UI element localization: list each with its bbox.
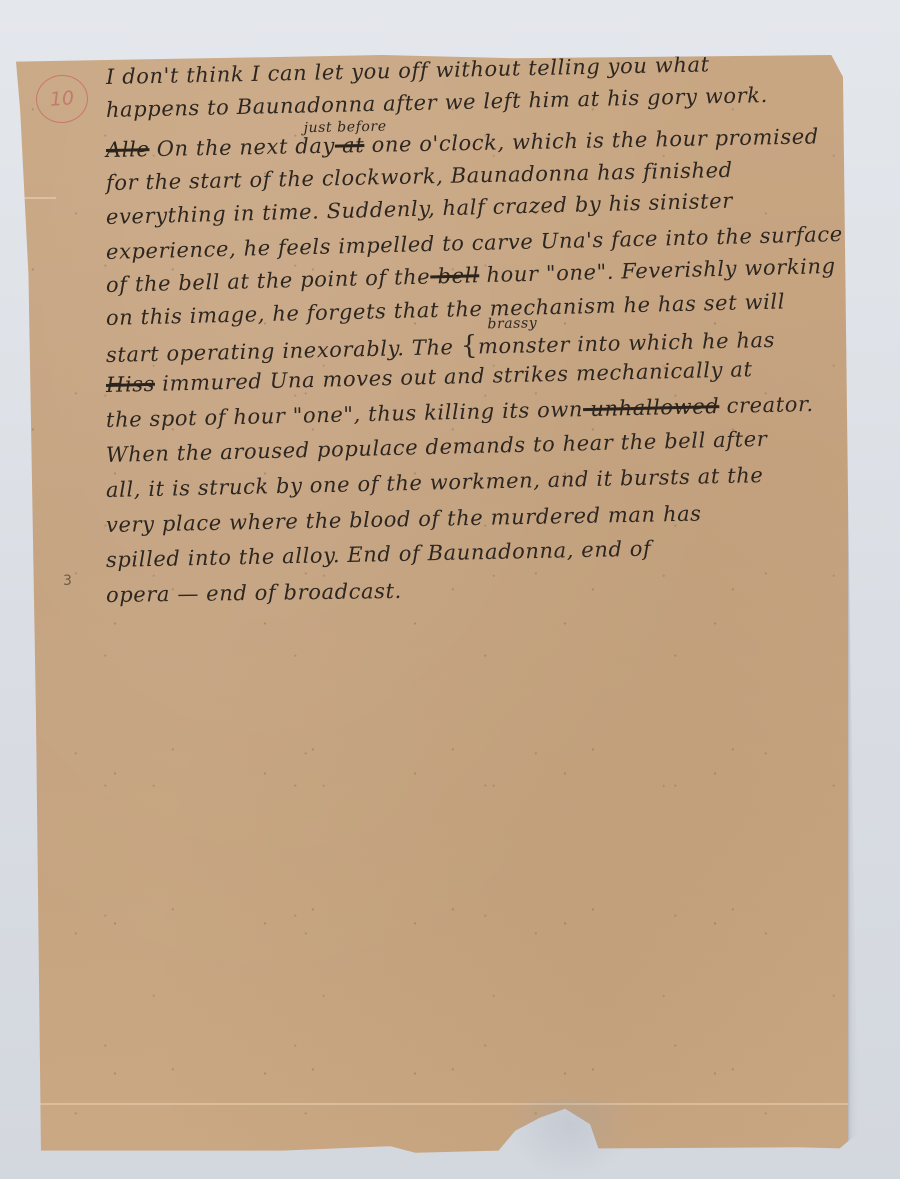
line-text: of the bell at the point of the xyxy=(106,265,431,297)
manuscript-page: 10 3 I don't think I can let you off wit… xyxy=(16,55,848,1155)
circled-page-number: 10 xyxy=(34,73,89,125)
paper-crease xyxy=(16,1103,848,1105)
line-text: one o'clock, which is the hour promised xyxy=(364,124,819,157)
struck-word: unhallowed xyxy=(583,394,720,421)
torn-edge-shadow xyxy=(505,1100,635,1179)
line-text: hour "one". Feverishly working xyxy=(479,254,836,287)
line-text: On the next day xyxy=(149,134,335,162)
manuscript-line: opera — end of broadcast. xyxy=(106,579,402,607)
line-text: When the aroused populace demands to hea… xyxy=(106,427,768,467)
manuscript-line: very place where the blood of the murder… xyxy=(106,502,702,537)
interlinear-insertion: just before xyxy=(303,119,386,137)
struck-word: at xyxy=(335,133,365,158)
manuscript-line: happens to Baunadonna after we left him … xyxy=(106,83,768,122)
line-text: the spot of hour "one", thus killing its… xyxy=(106,397,584,432)
line-text: happens to Baunadonna after we left him … xyxy=(106,83,768,122)
struck-word: Alle xyxy=(106,137,150,162)
interlinear-insertion: brassy xyxy=(487,315,537,332)
manuscript-line: all, it is struck by one of the workmen,… xyxy=(106,463,764,502)
manuscript-line: Alle On the next day at one o'clock, whi… xyxy=(106,124,819,162)
manuscript-line: everything in time. Suddenly, half craze… xyxy=(106,189,733,229)
line-text: for the start of the clockwork, Baunadon… xyxy=(106,158,733,195)
line-text: all, it is struck by one of the workmen,… xyxy=(106,463,764,502)
line-text: very place where the blood of the murder… xyxy=(106,502,702,537)
line-text: everything in time. Suddenly, half craze… xyxy=(106,189,733,229)
line-text: monster into which he has xyxy=(478,328,776,359)
struck-word: Hiss xyxy=(106,372,156,397)
line-text: start operating inexorably. The xyxy=(106,335,461,367)
manuscript-line: for the start of the clockwork, Baunadon… xyxy=(106,158,733,195)
manuscript-line: the spot of hour "one", thus killing its… xyxy=(106,392,814,432)
manuscript-line: on this image, he forgets that the mecha… xyxy=(106,289,786,330)
line-text: creator. xyxy=(719,392,814,418)
bracket-mark: { xyxy=(460,331,478,361)
page-number: 10 xyxy=(49,87,75,111)
margin-pencil-number: 3 xyxy=(63,573,72,589)
struck-word: bell xyxy=(430,263,480,288)
line-text: on this image, he forgets that the mecha… xyxy=(106,289,786,330)
line-text: opera — end of broadcast. xyxy=(106,579,402,607)
manuscript-line: spilled into the alloy. End of Baunadonn… xyxy=(106,537,652,572)
manuscript-line: When the aroused populace demands to hea… xyxy=(106,427,768,467)
line-text: spilled into the alloy. End of Baunadonn… xyxy=(106,537,652,572)
